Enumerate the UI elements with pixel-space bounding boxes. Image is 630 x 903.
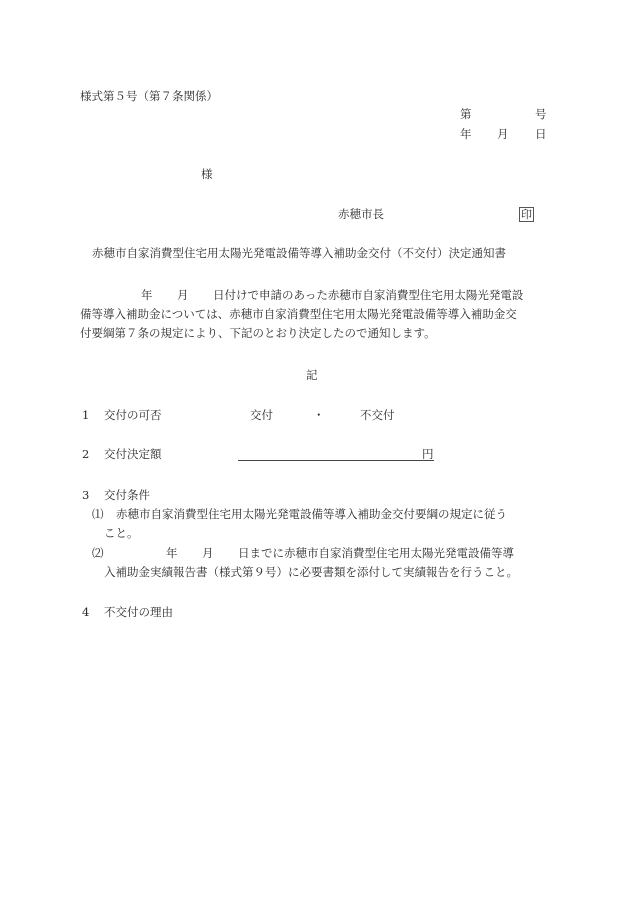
form-label: 様式第５号（第７条関係） bbox=[80, 91, 218, 103]
condition2-line2: 入補助金実績報告書（様式第９号）に必要書類を添付して実績報告を行うこと。 bbox=[104, 567, 518, 579]
date-month: 月 bbox=[497, 129, 509, 141]
condition2-month: 月 bbox=[202, 548, 214, 560]
body-line2: 備等導入補助金については、赤穂市自家消費型住宅用太陽光発電設備等導入補助金交 bbox=[80, 309, 517, 321]
addressee-suffix: 様 bbox=[201, 169, 213, 181]
item4-num: 4 bbox=[82, 607, 89, 619]
option-separator: ・ bbox=[313, 410, 325, 422]
issuer-name: 赤穂市長 bbox=[338, 209, 384, 221]
item1-num: 1 bbox=[82, 410, 89, 422]
body-month: 月 bbox=[177, 290, 189, 302]
option-fukofu: 不交付 bbox=[360, 410, 395, 422]
item4-label: 不交付の理由 bbox=[104, 607, 173, 619]
item2-num: 2 bbox=[82, 449, 89, 461]
item1-label: 交付の可否 bbox=[104, 410, 162, 422]
document-title: 赤穂市自家消費型住宅用太陽光発電設備等導入補助金交付（不交付）決定通知書 bbox=[92, 248, 506, 260]
condition2-num: ⑵ bbox=[92, 548, 104, 560]
amount-blank-line bbox=[238, 460, 434, 461]
ki-heading: 記 bbox=[306, 370, 318, 382]
seal-mark: 印 bbox=[519, 207, 534, 222]
option-kofu: 交付 bbox=[250, 410, 273, 422]
number-suffix: 号 bbox=[535, 109, 547, 121]
item3-label: 交付条件 bbox=[104, 490, 150, 502]
condition1-num: ⑴ bbox=[92, 509, 104, 521]
body-line1: 日付けで申請のあった赤穂市自家消費型住宅用太陽光発電設 bbox=[213, 290, 523, 302]
condition1-line1: 赤穂市自家消費型住宅用太陽光発電設備等導入補助金交付要綱の規定に従う bbox=[116, 509, 507, 521]
number-prefix: 第 bbox=[460, 109, 472, 121]
date-year: 年 bbox=[460, 129, 472, 141]
body-line3: 付要綱第７条の規定により、下記のとおり決定したので通知します。 bbox=[80, 328, 436, 340]
item3-num: 3 bbox=[82, 490, 89, 502]
condition1-line2: こと。 bbox=[104, 528, 139, 540]
body-year: 年 bbox=[141, 290, 153, 302]
amount-unit: 円 bbox=[422, 449, 434, 461]
condition2-year: 年 bbox=[166, 548, 178, 560]
condition2-line1: 日までに赤穂市自家消費型住宅用太陽光発電設備等導 bbox=[238, 548, 514, 560]
date-day: 日 bbox=[535, 129, 547, 141]
item2-label: 交付決定額 bbox=[104, 449, 162, 461]
